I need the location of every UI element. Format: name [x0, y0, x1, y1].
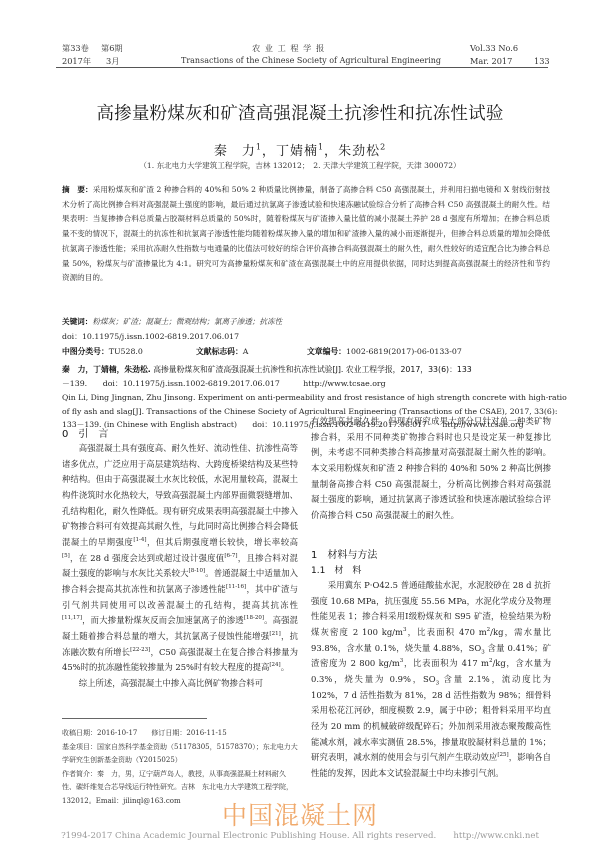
author-list: 秦 力1，丁婧楠1，朱劲松2: [0, 140, 600, 159]
header-date-en: Mar. 2017: [470, 56, 512, 66]
clc-label: 中图分类号：: [62, 347, 109, 356]
clc-value: TU528.0: [109, 347, 143, 356]
reference-mark[interactable]: [25]: [497, 752, 508, 758]
header-year: 2017年: [62, 56, 91, 67]
reference-mark[interactable]: [1-4]: [133, 537, 146, 543]
footnote-received-date: 收稿日期：2016-10-17 修订日期：2016-11-15: [62, 727, 298, 741]
reference-mark[interactable]: [11,17]: [62, 615, 82, 621]
page-number: 133: [534, 56, 550, 66]
copyright-footer: ?1994-2017 China Academic Journal Electr…: [0, 829, 600, 841]
section-heading-materials-methods: 1 材料与方法: [311, 546, 377, 561]
body-text: 。: [281, 662, 289, 672]
section-heading-intro: 0 引 言: [62, 425, 108, 440]
intro-paragraph-2-cont: 有效提高其耐久性，但现有研究成果大部分只针对单一种类矿物掺合料，采用不同种类矿物…: [311, 414, 551, 524]
footnote-rule: [62, 718, 207, 719]
article-number: 文章编号：1002-6819(2017)-06-0133-07: [307, 346, 462, 357]
doc-code-value: A: [243, 347, 249, 356]
article-number-label: 文章编号：: [307, 347, 346, 356]
article-number-value: 1002-6819(2017)-06-0133-07: [346, 347, 462, 356]
body-text: 含量 2.1%，流动度比为 102%，7 d 活性指数为 81%，28 d 活性…: [311, 674, 551, 762]
citation-cn-title: 高掺量粉煤灰和矿渣高强混凝土抗渗性和抗冻性试验[J]. 农业工程学报，2017，…: [153, 365, 472, 374]
body-text: ，在 28 d 强度会达到或超过设计强度值: [70, 553, 225, 563]
materials-paragraph: 采用冀东 P·O42.5 普通硅酸盐水泥，水泥胶砂在 28 d 抗折强度 10.…: [311, 578, 551, 782]
reference-mark[interactable]: [8-10]: [189, 568, 206, 574]
citation-en-line: Qin Li, Ding Jingnan, Zhu Jinsong. Exper…: [62, 391, 554, 405]
reference-mark[interactable]: [18-20]: [244, 615, 264, 621]
author-affil-mark: 2: [380, 143, 386, 152]
keywords: 关键词：粉煤灰；矿渣；混凝土；微观结构；氯离子渗透；抗冻性: [62, 315, 550, 330]
body-text: ，但其后期强度增长较快，增长率较高: [146, 537, 298, 547]
author-separator: ，: [262, 144, 276, 159]
article-title: 高掺量粉煤灰和矿渣高强混凝土抗渗性和抗冻性试验: [0, 100, 600, 125]
citation-cn-doi: －139. doi：10.11975/j.issn.1002-6819.2017…: [62, 377, 554, 391]
author-name: 丁婧楠: [276, 144, 318, 159]
abstract-label: 摘 要：: [62, 185, 93, 194]
reference-mark[interactable]: [5]: [62, 553, 70, 559]
keywords-text: 粉煤灰；矿渣；混凝土；微观结构；氯离子渗透；抗冻性: [92, 317, 282, 326]
intro-paragraph-1: 高强混凝土具有强度高、耐久性好、流动性佳、抗渗性高等诸多优点，广泛应用于高层建筑…: [62, 441, 298, 692]
doi: doi：10.11975/j.issn.1002-6819.2017.06.01…: [62, 331, 239, 342]
header-rule: [56, 67, 548, 68]
doc-code: 文献标志码：A: [196, 346, 248, 357]
body-text: ，比表面积为 417 m: [403, 658, 489, 668]
header-issue: 第6期: [101, 43, 123, 54]
author-name: 秦 力: [214, 144, 256, 159]
reference-mark[interactable]: [11-16]: [226, 584, 246, 590]
footnote-funding: 基金项目：国家自然科学基金资助（51178305，51578370）；东北电力大…: [62, 741, 298, 768]
keywords-label: 关键词：: [62, 317, 92, 326]
citation-cn: 秦 力，丁婧楠，朱劲松. 高掺量粉煤灰和矿渣高强混凝土抗渗性和抗冻性试验[J].…: [62, 363, 554, 390]
body-text: ，比表面积 470 m: [406, 627, 486, 637]
header-month: 3月: [106, 56, 119, 67]
abstract: 摘 要：采用粉煤灰和矿渣 2 种掺合料的 40%和 50% 2 种质量比例掺量，…: [62, 183, 550, 286]
watermark-logo: 中国混凝土网: [0, 796, 600, 832]
author-separator: ，: [324, 144, 338, 159]
header-journal-cn: 农 业 工 程 学 报: [252, 43, 325, 54]
reference-mark[interactable]: [21]: [269, 631, 280, 637]
intro-paragraph-2-start: 综上所述，高强混凝土中掺入高比例矿物掺合料可: [62, 676, 298, 692]
header-volume: 第33卷: [62, 43, 89, 54]
abstract-text: 采用粉煤灰和矿渣 2 种掺合料的 40%和 50% 2 种质量比例掺量，制备了高…: [62, 185, 550, 282]
reference-mark[interactable]: [6-7]: [224, 553, 237, 559]
author-name: 朱劲松: [338, 144, 380, 159]
body-text: 有效提高其耐久性，但现有研究成果大部分只针对单一种类矿物掺合料，采用不同种类矿物…: [311, 414, 551, 524]
header-journal-en: Transactions of the Chinese Society of A…: [181, 56, 441, 65]
reference-mark[interactable]: [22-23]: [130, 647, 150, 653]
clc-number: 中图分类号：TU528.0: [62, 346, 143, 357]
doc-code-label: 文献标志码：: [196, 347, 243, 356]
subsection-heading-materials: 1.1 材 料: [311, 563, 361, 576]
affiliations: （1. 东北电力大学建筑工程学院，吉林 132012； 2. 天津大学建筑工程学…: [0, 160, 600, 171]
body-text: 高强混凝土具有强度高、耐久性好、流动性佳、抗渗性高等诸多优点，广泛应用于高层建筑…: [62, 443, 298, 547]
citation-cn-authors: 秦 力，丁婧楠，朱劲松.: [62, 365, 151, 374]
body-text: ，而大掺量粉煤灰反而会加速氯离子的渗透: [82, 615, 244, 625]
reference-mark[interactable]: [24]: [269, 662, 280, 668]
header-volume-en: Vol.33 No.6: [470, 43, 518, 53]
